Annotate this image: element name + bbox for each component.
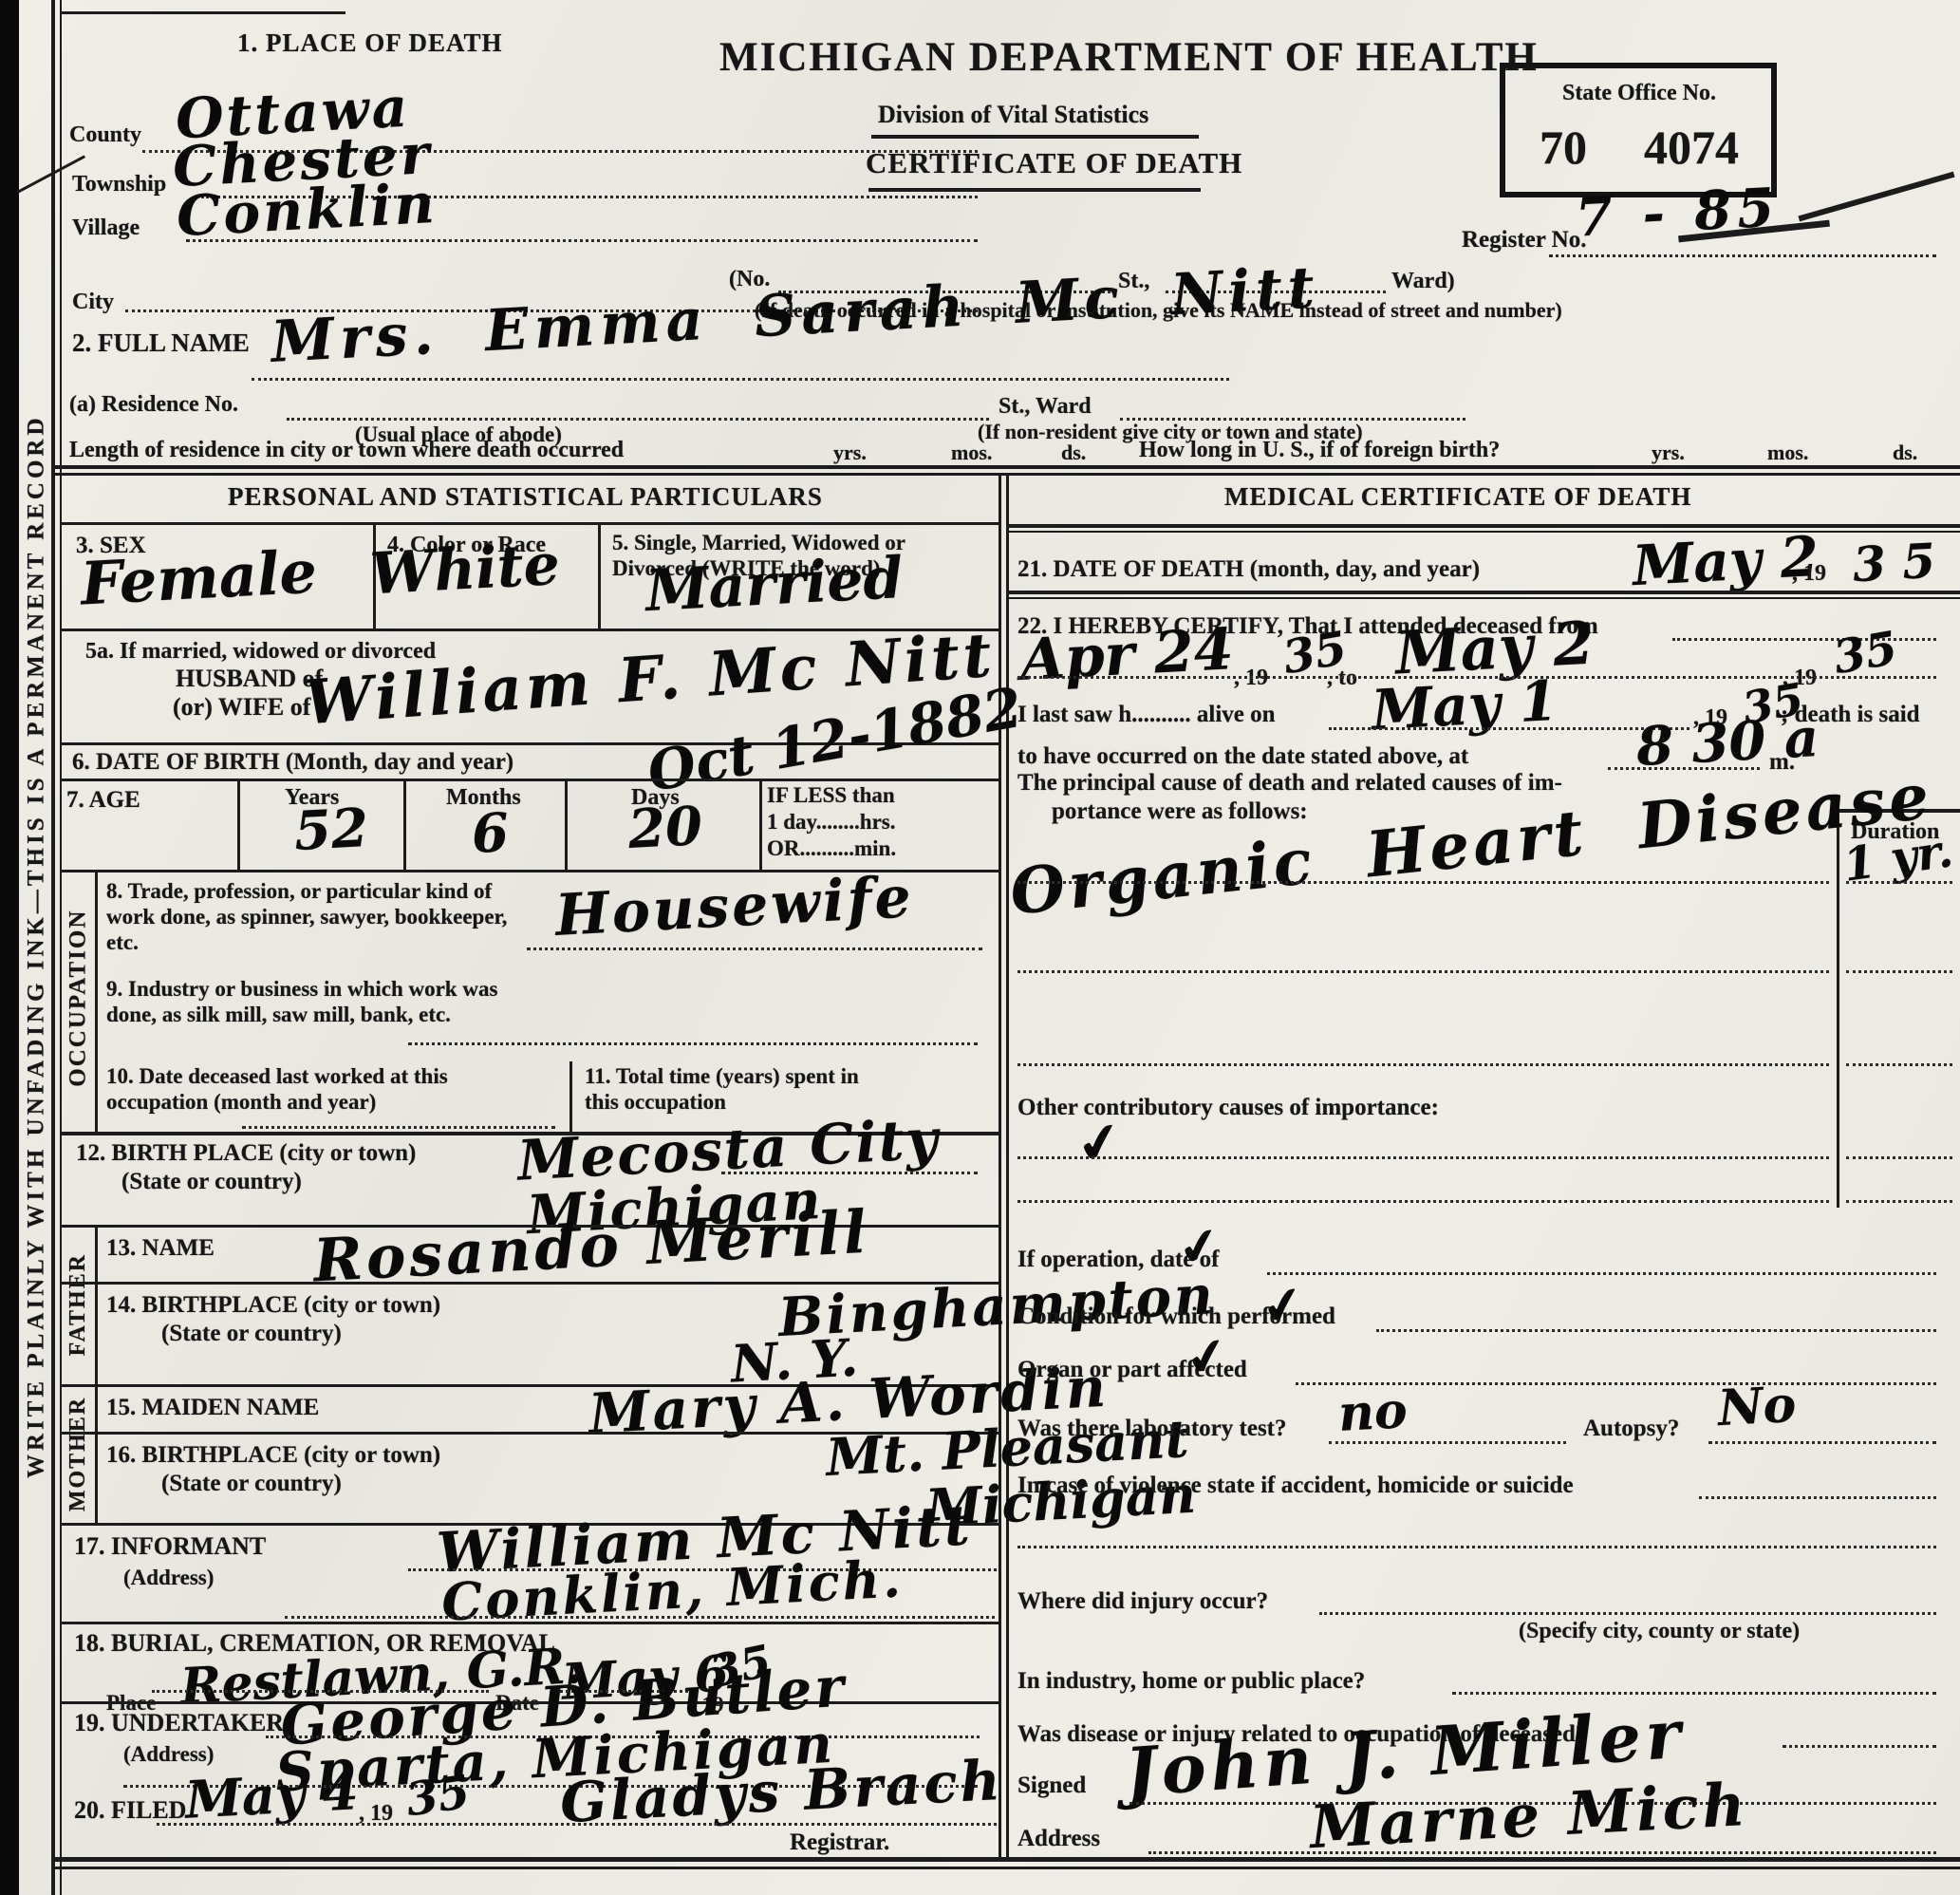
specify-note: (Specify city, county or state) bbox=[1519, 1618, 1800, 1644]
yrs-label: yrs. bbox=[1652, 441, 1685, 465]
rule bbox=[61, 522, 999, 525]
cell-divider bbox=[759, 780, 762, 870]
dob-label: 6. DATE OF BIRTH (Month, day and year) bbox=[72, 748, 513, 777]
personal-section-title: PERSONAL AND STATISTICAL PARTICULARS bbox=[228, 482, 823, 513]
industry-home-label: In industry, home or public place? bbox=[1017, 1667, 1365, 1696]
undertaker-address-label: (Address) bbox=[123, 1741, 214, 1767]
if-less-hrs-label: 1 day........hrs. bbox=[767, 809, 895, 835]
ds-label: ds. bbox=[1893, 441, 1917, 465]
attended-from-value: Apr 24 bbox=[1019, 621, 1235, 689]
st-ward-label: St., Ward bbox=[999, 393, 1092, 420]
length-residence-label: Length of residence in city or town wher… bbox=[69, 437, 624, 463]
contributory-line bbox=[1017, 1156, 1829, 1159]
condition-line bbox=[1376, 1329, 1936, 1332]
rule bbox=[51, 1857, 1960, 1862]
lab-test-value: no bbox=[1337, 1386, 1409, 1439]
father-name-label: 13. NAME bbox=[106, 1234, 215, 1263]
state-or-country-label: (State or country) bbox=[161, 1470, 342, 1498]
registrar-label: Registrar. bbox=[790, 1829, 889, 1857]
dod-year-value: 3 5 bbox=[1852, 537, 1936, 589]
autopsy-line bbox=[1708, 1441, 1936, 1444]
rule bbox=[1008, 597, 1960, 599]
certificate-title: CERTIFICATE OF DEATH bbox=[866, 146, 1242, 181]
register-no-label: Register No. bbox=[1462, 226, 1586, 254]
last-worked-label: 10. Date deceased last worked at this oc… bbox=[106, 1063, 533, 1115]
sex-value: Female bbox=[80, 543, 319, 614]
cell-divider bbox=[403, 780, 406, 870]
department-title: MICHIGAN DEPARTMENT OF HEALTH bbox=[719, 34, 1539, 83]
race-value: White bbox=[369, 536, 562, 603]
form-border bbox=[60, 0, 62, 1895]
division-subtitle: Division of Vital Statistics bbox=[878, 101, 1148, 130]
death-certificate-scan: WRITE PLAINLY WITH UNFADING INK—THIS IS … bbox=[0, 0, 1960, 1895]
total-time-label: 11. Total time (years) spent in this occ… bbox=[585, 1063, 879, 1115]
last-worked-line bbox=[242, 1126, 555, 1129]
principal-cause-label-2: portance were as follows: bbox=[1052, 797, 1308, 826]
married-widowed-label: 5a. If married, widowed or divorced bbox=[85, 638, 436, 665]
rule bbox=[871, 135, 1199, 139]
side-label-divider bbox=[95, 1384, 98, 1523]
ward-label: Ward) bbox=[1391, 268, 1455, 294]
duration-line bbox=[1846, 881, 1952, 884]
father-name-value: Rosando Merill bbox=[312, 1203, 871, 1291]
certify-line bbox=[1672, 638, 1936, 641]
duration-box-left bbox=[1837, 809, 1839, 1208]
mother-side-label: MOTHER bbox=[65, 1398, 91, 1511]
state-or-country-label: (State or country) bbox=[161, 1320, 342, 1348]
form-border bbox=[51, 0, 55, 1895]
trade-line bbox=[527, 947, 982, 950]
age-label: 7. AGE bbox=[66, 786, 140, 815]
cause-line bbox=[1017, 970, 1829, 973]
filed-date-value: May 4 bbox=[184, 1765, 360, 1825]
injury-line bbox=[1319, 1612, 1936, 1615]
cell-divider bbox=[565, 780, 568, 870]
if-less-label: IF LESS than bbox=[767, 782, 895, 808]
violence-line bbox=[1699, 1496, 1936, 1499]
scan-speck bbox=[0, 408, 13, 420]
trade-value: Housewife bbox=[554, 869, 915, 945]
mos-label: mos. bbox=[1767, 441, 1808, 465]
cell-divider bbox=[569, 1061, 572, 1132]
birthplace-label: 12. BIRTH PLACE (city or town) bbox=[76, 1139, 416, 1168]
cause-line bbox=[1017, 1063, 1829, 1066]
state-office-no-value: 4074 bbox=[1644, 120, 1739, 176]
duration-line bbox=[1846, 970, 1952, 973]
lab-test-line bbox=[1329, 1441, 1566, 1444]
father-side-label: FATHER bbox=[65, 1248, 91, 1361]
ds-label: ds. bbox=[1061, 441, 1086, 465]
occurred-label: to have occurred on the date stated abov… bbox=[1017, 742, 1468, 771]
rule bbox=[61, 779, 999, 781]
violence-line-2 bbox=[1017, 1546, 1936, 1548]
maiden-name-label: 15. MAIDEN NAME bbox=[106, 1394, 319, 1422]
age-months-value: 6 bbox=[471, 806, 511, 861]
filed-label: 20. FILED bbox=[74, 1796, 186, 1826]
scan-speck bbox=[0, 532, 9, 572]
duration-line bbox=[1846, 1200, 1952, 1203]
cell-divider bbox=[237, 780, 240, 870]
informant-label: 17. INFORMANT bbox=[74, 1532, 266, 1562]
operation-line bbox=[1267, 1272, 1936, 1275]
dod-year-printed: , 19 bbox=[1792, 560, 1826, 587]
contributory-line bbox=[1017, 1200, 1829, 1203]
date-of-death-label: 21. DATE OF DEATH (month, day, and year) bbox=[1017, 555, 1480, 584]
lab-test-label: Was there laboratory test? bbox=[1017, 1415, 1287, 1443]
age-years-value: 52 bbox=[293, 801, 370, 858]
rule bbox=[61, 1622, 999, 1624]
residence-no-label: (a) Residence No. bbox=[69, 391, 238, 418]
rule bbox=[1008, 591, 1960, 594]
cell-divider bbox=[598, 524, 601, 629]
state-or-country-label: (State or country) bbox=[121, 1168, 302, 1196]
informant-address-line bbox=[285, 1616, 995, 1619]
scan-edge-strip bbox=[0, 0, 19, 1895]
duration-line bbox=[1846, 1156, 1952, 1159]
residence-line bbox=[287, 418, 989, 421]
state-office-no-prefix: 70 bbox=[1540, 120, 1587, 176]
industry-home-line bbox=[1452, 1692, 1936, 1695]
physician-address-label: Address bbox=[1017, 1825, 1100, 1853]
undertaker-label: 19. UNDERTAKER bbox=[74, 1709, 284, 1738]
duration-value: 1 yr. bbox=[1840, 828, 1955, 889]
violence-label: In case of violence state if accident, h… bbox=[1017, 1472, 1574, 1500]
medical-section-title: MEDICAL CERTIFICATE OF DEATH bbox=[1224, 482, 1691, 513]
filed-year-value: 35 bbox=[403, 1770, 473, 1824]
county-label: County bbox=[69, 122, 141, 148]
scan-speck bbox=[0, 1220, 11, 1248]
age-days-value: 20 bbox=[627, 799, 704, 856]
side-label-divider bbox=[95, 870, 98, 1132]
scan-speck bbox=[3, 1576, 10, 1610]
village-value: Conklin bbox=[176, 176, 439, 244]
register-line bbox=[1549, 254, 1936, 257]
last-saw-label: I last saw h.......... alive on bbox=[1017, 701, 1276, 729]
city-label: City bbox=[72, 289, 114, 315]
informant-address-label: (Address) bbox=[123, 1565, 214, 1590]
signed-label: Signed bbox=[1017, 1772, 1086, 1800]
margin-note: WRITE PLAINLY WITH UNFADING INK—THIS IS … bbox=[22, 45, 50, 1848]
related-line bbox=[1783, 1745, 1936, 1748]
side-label-divider bbox=[95, 1225, 98, 1384]
rule bbox=[1008, 524, 1960, 528]
yrs-label: yrs. bbox=[833, 441, 867, 465]
address-line bbox=[1148, 1851, 1936, 1854]
full-name-line bbox=[252, 378, 1229, 381]
township-label: Township bbox=[72, 171, 166, 197]
scribble-stroke bbox=[1798, 172, 1954, 222]
mos-label: mos. bbox=[951, 441, 992, 465]
to-year-value: 35 bbox=[1830, 626, 1900, 682]
industry-line bbox=[408, 1042, 978, 1045]
husband-of-label: HUSBAND of bbox=[176, 665, 323, 694]
filed-line bbox=[157, 1823, 997, 1826]
principal-cause-label-1: The principal cause of death and related… bbox=[1017, 769, 1562, 797]
rule bbox=[51, 465, 1960, 469]
state-office-label: State Office No. bbox=[1562, 80, 1716, 106]
occupation-side-label: OCCUPATION bbox=[64, 916, 92, 1087]
autopsy-value: No bbox=[1717, 1380, 1798, 1434]
how-long-us-label: How long in U. S., if of foreign birth? bbox=[1139, 437, 1500, 463]
duration-line bbox=[1846, 1063, 1952, 1066]
rule bbox=[868, 188, 1201, 192]
occurred-line bbox=[1608, 767, 1760, 770]
place-of-death-label: 1. PLACE OF DEATH bbox=[237, 28, 503, 59]
form-border bbox=[61, 11, 345, 14]
autopsy-label: Autopsy? bbox=[1583, 1415, 1679, 1443]
meridiem-label: m. bbox=[1769, 748, 1795, 777]
industry-label: 9. Industry or business in which work wa… bbox=[106, 976, 524, 1027]
full-name-value: Mrs. Emma Sarah Mc Nitt bbox=[270, 259, 1321, 371]
village-label: Village bbox=[72, 215, 140, 241]
trade-label: 8. Trade, profession, or particular kind… bbox=[106, 878, 524, 955]
if-less-min-label: OR..........min. bbox=[767, 835, 896, 861]
marital-value: Married bbox=[644, 550, 905, 620]
injury-where-label: Where did injury occur? bbox=[1017, 1587, 1268, 1616]
cause-line bbox=[1017, 881, 1829, 884]
rule bbox=[51, 1867, 1960, 1869]
mother-birthplace-label: 16. BIRTHPLACE (city or town) bbox=[106, 1441, 440, 1470]
full-name-label: 2. FULL NAME bbox=[72, 328, 250, 359]
scan-speck bbox=[2, 669, 9, 698]
wife-of-label: (or) WIFE of bbox=[173, 693, 310, 722]
father-birthplace-label: 14. BIRTHPLACE (city or town) bbox=[106, 1291, 440, 1320]
